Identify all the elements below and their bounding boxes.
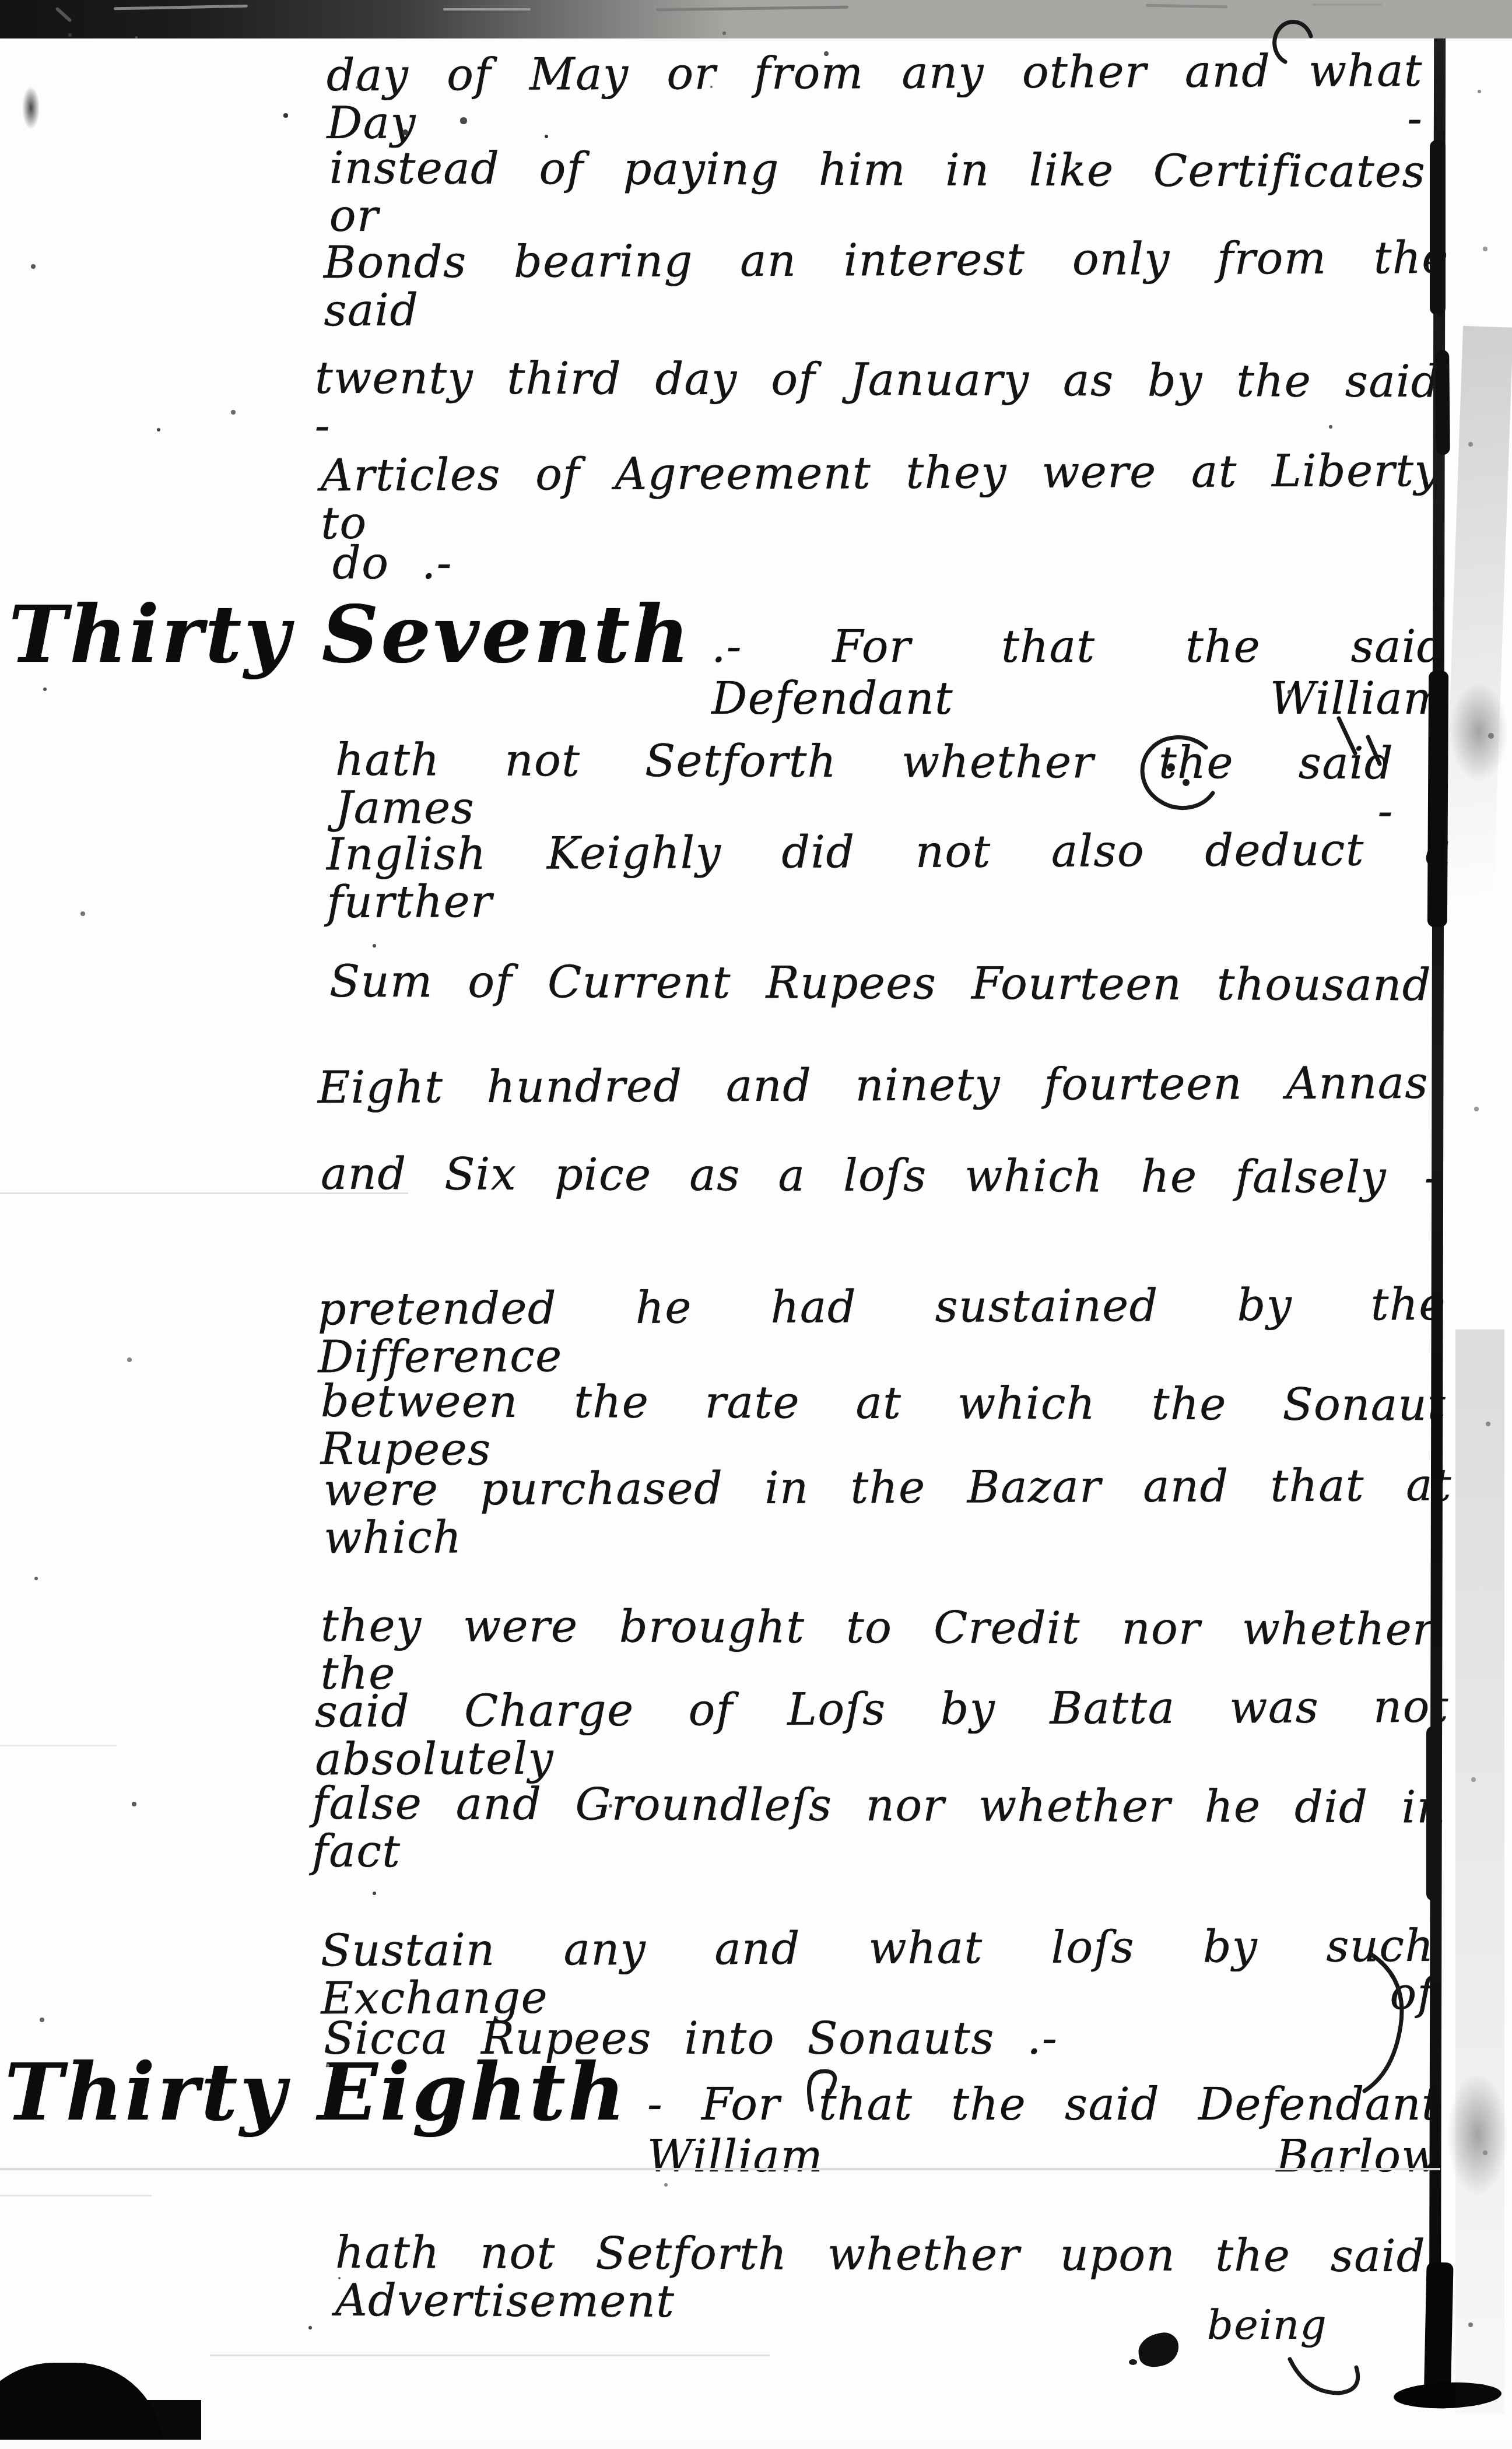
manuscript-line-14: between the rate at which the Sonaut Rup… [321, 1377, 1446, 1450]
manuscript-line-9: Inglish Keighly did not also deduct a fu… [327, 826, 1452, 899]
catchword-being: being [1207, 2303, 1327, 2372]
scan-streak-5 [0, 1745, 117, 1746]
manuscript-line-4: twenty third day of January as by the sa… [315, 354, 1440, 427]
margin-smudge-cloud [1447, 2073, 1508, 2196]
margin-smudge-streak-upper [1443, 326, 1512, 899]
section-heading-thirty-eighth: Thirty Eighth [5, 2052, 627, 2131]
scan-streak-3 [0, 2195, 152, 2197]
manuscript-line-10: Sum of Current Rupees Fourteen thousand [329, 957, 1432, 1030]
scan-bottom-shadow [0, 0, 729, 38]
left-edge-smudge [22, 86, 40, 129]
manuscript-line-19: Sustain any and what loſs by such Exchan… [321, 1922, 1434, 1995]
binding-line-thick-low [1426, 1726, 1441, 1901]
manuscript-line-18: false and Groundleſs nor whether he did … [312, 1780, 1446, 1852]
manuscript-line-3: Bonds bearing an interest only from the … [324, 234, 1449, 307]
section-thirty-seventh: Thirty Seventh .- For that the said Defe… [9, 595, 1446, 724]
binding-line-thick-top [1430, 140, 1446, 315]
scan-bottom-white-strip [0, 2440, 1512, 2449]
section-heading-thirty-seventh: Thirty Seventh [9, 595, 692, 673]
section-thirty-eighth: Thirty Eighth - For that the said Defend… [5, 2052, 1440, 2182]
manuscript-line-12: and Six pice as a loſs which he falsely … [321, 1150, 1440, 1223]
margin-smudge-cloud-2 [1450, 682, 1508, 781]
ink-speckles [0, 0, 2, 2]
manuscript-line-8: hath not Setforth whether the said James… [335, 736, 1394, 808]
section-text-thirty-seventh: .- For that the said Defendant William [711, 620, 1446, 724]
manuscript-line-5: Articles of Agreement they were at Liber… [321, 447, 1440, 520]
manuscript-line-22: hath not Setforth whether upon the said … [335, 2229, 1426, 2301]
section-text-thirty-eighth: - For that the said Defendant William Ba… [647, 2078, 1440, 2182]
ink-blot-dot [1129, 2359, 1137, 2365]
scanned-manuscript-screenshot: { "page": { "colors": { "paper": "#fdfdf… [0, 0, 1512, 2449]
scan-streak-2 [0, 2168, 1440, 2170]
corner-thumb-shadow [0, 2363, 163, 2449]
manuscript-line-11: Eight hundred and ninety fourteen Annas [318, 1059, 1429, 1132]
top-edge-mark-5 [1312, 3, 1382, 6]
top-edge-mark-2 [443, 8, 531, 10]
manuscript-line-13: pretended he had sustained by the Differ… [318, 1280, 1446, 1354]
scan-streak-1 [0, 1192, 408, 1194]
manuscript-page: day of May or from any other and what Da… [0, 0, 1512, 2449]
scan-streak-4 [210, 2355, 770, 2356]
manuscript-line-17: said Charge of Loſs by Batta was not abs… [315, 1683, 1449, 1756]
manuscript-line-16: they were brought to Credit nor whether … [321, 1602, 1434, 1675]
manuscript-line-1: day of May or from any other and what Da… [327, 47, 1423, 120]
margin-smudge-streak-lower [1455, 1329, 1504, 2414]
manuscript-line-2: instead of paying him in like Certificat… [329, 144, 1426, 217]
binding-line-wiggle [1435, 350, 1450, 455]
ink-blot [1136, 2330, 1182, 2369]
manuscript-line-15: were purchased in the Bazar and that at … [324, 1461, 1452, 1535]
